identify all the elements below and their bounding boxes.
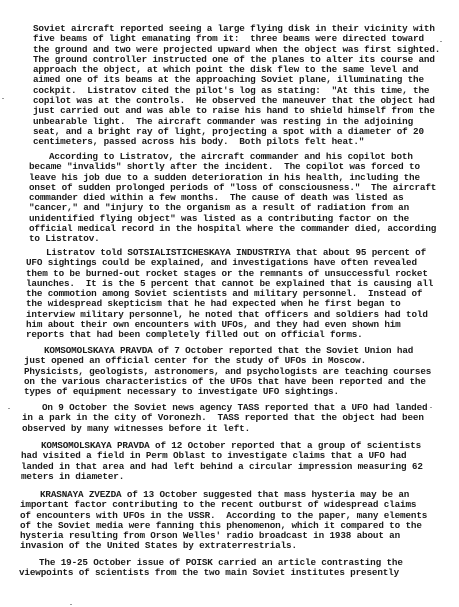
document-page: Soviet aircraft reported seeing a large … <box>0 0 459 607</box>
paragraph-poisk: The 19-25 October issue of POISK carried… <box>19 558 403 579</box>
text-line: invasion of the United States by extrate… <box>20 541 427 551</box>
text-line: reports that had been completely filled … <box>26 330 433 340</box>
scan-speck <box>8 408 10 409</box>
text-line: to Listratov. <box>29 234 436 244</box>
paragraph-komsomolskaya-12-october: KOMSOMOLSKAYA PRAVDA of 12 October repor… <box>21 441 423 482</box>
scan-speck <box>440 41 442 42</box>
scan-speck <box>430 407 432 408</box>
paragraph-krasnaya-zvezda: KRASNAYA ZVEZDA of 13 October suggested … <box>20 490 427 552</box>
text-line: observed by many witnesses before it lef… <box>22 424 427 434</box>
text-line: centimeters, passed across his body. Bot… <box>33 137 440 147</box>
text-line: types of equipment necessary to investig… <box>24 387 431 397</box>
paragraph-tass-voronezh: On 9 October the Soviet news agency TASS… <box>22 403 427 434</box>
paragraph-pilots-invalids: According to Listratov, the aircraft com… <box>29 152 436 245</box>
scan-speck <box>2 98 4 99</box>
paragraph-komsomolskaya-7-october: KOMSOMOLSKAYA PRAVDA of 7 October report… <box>24 346 431 397</box>
text-line: meters in diameter. <box>21 472 423 482</box>
text-line: viewpoints of scientists from the two ma… <box>19 568 403 578</box>
paragraph-flying-disk-report: Soviet aircraft reported seeing a large … <box>33 24 440 148</box>
paragraph-sotsialisticheskaya-industriya: Listratov told SOTSIALISTICHESKAYA INDUS… <box>26 248 433 341</box>
scan-speck <box>70 604 72 605</box>
